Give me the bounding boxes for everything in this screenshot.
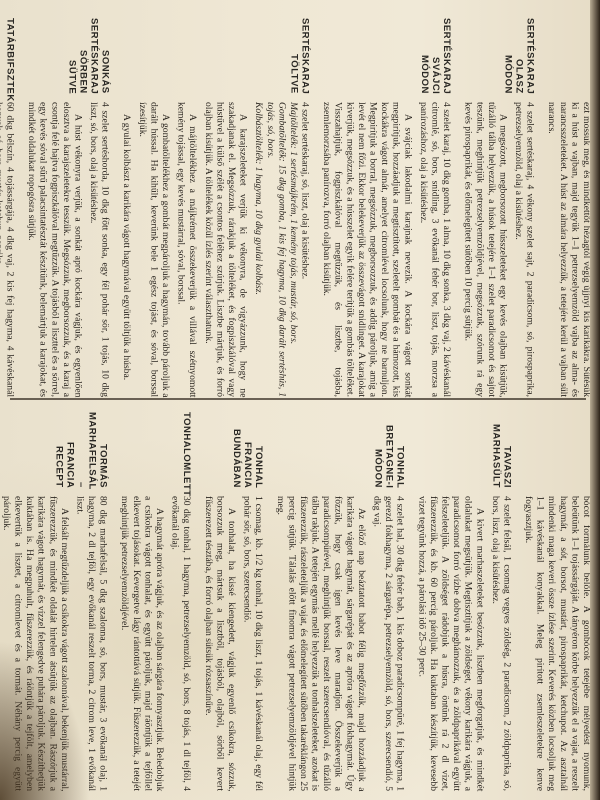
recipe-tonhal-bretagne: TONHAL BRETAGNE-I MÓDON 4 szelet hal, 30… [274,412,406,800]
instructions: A felsált megtűzdeljük a csíkokra vágott… [0,496,70,791]
recipe-title: TAVASZI MARHASÜLT [416,412,513,496]
recipe-title: TONHAL BRETAGNE-I MÓDON [274,412,406,496]
instructions: A gyulai kolbászt a karikára vágott hagy… [121,102,133,397]
page-right: bócot formálunk belőle. A gombócok tetej… [0,402,600,800]
ingredients: 1 csomag, kb. 1/2 kg tonhal, 10 dkg lisz… [241,496,264,791]
recipe-body: 4 szelet sertéskaraj, 4 vékony szelet sa… [462,102,536,397]
instructions: A hagymát apróra vágjuk, és az olajban s… [119,496,165,791]
filling-kolbasz: Kolbásztöltelék: 1 hagyma, 10 dkg gyulai… [253,102,265,397]
instructions: A húst vékonyra verjük, a sonkát apró ko… [25,102,83,397]
recipe-title: SONKÁS SERTÉSKARAJ SÖRBEN SÜTVE [25,18,110,102]
recipe-body: 30 dkg tonhal, 1 hagyma, petrezselyemzöl… [119,496,193,791]
instructions: A karajszeleteket verjük ki vékonyra, de… [202,102,248,397]
continued-text: bócot formálunk belőle. A gombócok tetej… [522,496,592,791]
recipe-tonhal-bundaban: TONHAL FRANCIA BUNDÁBAN 1 csomag, kb. 1/… [202,412,264,800]
recipe-tonhalomlett: TONHALOMLETT 30 dkg tonhal, 1 hagyma, pe… [119,412,193,800]
ingredients: 4 szelet sertéshorda, 10 dkg főtt sonka,… [87,102,110,397]
ingredients: 4 szelet hal, 30 dkg fehér bab, 1 kis do… [371,496,406,791]
recipe-title: TORMÁS MARHAFELSÁL – FRANCIA RECEPT [0,412,108,496]
recipe-title: SERTÉSKARAJ OLASZ MÓDON [462,18,536,102]
recipe-tormas-marhafelsal: TORMÁS MARHAFELSÁL – FRANCIA RECEPT 80 d… [0,412,108,800]
recipe-body: 60 dkg bélszín, 4 tojássárgája, 4 dkg va… [0,102,15,397]
instructions: A svájciak lakodalmi karajnak nevezik. A… [321,102,414,397]
recipe-title: TATÁRBIFSZTEK [0,18,15,102]
ingredients: 4 szelet sertéskaraj, só, liszt, olaj a … [299,102,311,397]
recipe-title: TONHALOMLETT [119,412,193,496]
recipe-sertes-svajci: SERTÉSKARAJ SVÁJCI MÓDON 4 szelet karaj,… [321,18,453,398]
ingredients: 4 szelet sertéskaraj, 4 vékony szelet sa… [512,102,535,397]
book-edge-shadow [590,0,600,800]
recipe-body: 1 csomag, kb. 1/2 kg tonhal, 10 dkg lisz… [202,496,264,791]
recipe-tatarbifsztek: TATÁRBIFSZTEK 60 dkg bélszín, 4 tojássár… [0,18,15,398]
continued-text: ezt mossuk meg, és mindkettőt hézagtól v… [546,102,592,397]
filling-maj: Majtöltelék: 1 sertésmájkrém, 1 kemény t… [287,102,299,397]
instructions: Az előző nap beáztatott babot félig megf… [274,496,367,791]
ingredients: 4 szelet felsál, 1 csomag vegyes zöldség… [489,496,512,791]
recipe-body: 4 szelet sertéshorda, 10 dkg főtt sonka,… [25,102,110,397]
ingredients: 60 dkg bélszín, 4 tojássárgája, 4 dkg va… [0,102,15,397]
instructions: A tonhalat, ha kissé kiengedett, vágjuk … [202,496,237,791]
recipe-tavaszi-marhasult: TAVASZI MARHASÜLT 4 szelet felsál, 1 cso… [416,412,513,800]
filling-gomba: Gombatöltelék: 15 dkg gomba, 1 kis fej h… [264,102,287,397]
recipe-body: 4 szelet sertéskaraj, só, liszt, olaj a … [121,102,311,397]
recipe-title: SERTÉSKARAJ TÖLTVE [121,18,311,102]
page-gutter-line [10,398,586,400]
recipe-sertes-olasz: SERTÉSKARAJ OLASZ MÓDON 4 szelet sertésk… [462,18,536,398]
recipe-sertes-toltve: SERTÉSKARAJ TÖLTVE 4 szelet sertéskaraj,… [121,18,311,398]
recipe-title: SERTÉSKARAJ SVÁJCI MÓDON [321,18,453,102]
instructions: A gombatöltelékhez a gombát megpároljuk … [136,102,171,397]
book-spread: ezt mossuk meg, és mindkettőt hézagtól v… [0,0,600,800]
recipe-sonkas-karaj: SONKÁS SERTÉSKARAJ SÖRBEN SÜTVE 4 szelet… [25,18,110,398]
recipe-body: 80 dkg marhafelsál, 5 dkg szalonna, só, … [0,496,108,791]
instructions: A kivert marhaszeleteket besózzuk, liszt… [416,496,486,791]
recipe-body: 4 szelet felsál, 1 csomag vegyes zöldség… [416,496,513,791]
page-left: ezt mossuk meg, és mindkettőt hézagtól v… [0,0,600,398]
ingredients: 4 szelet karaj, 10 dkg gomba, 1 alma, 10… [417,102,452,397]
ingredients: 80 dkg marhafelsál, 5 dkg szalonna, só, … [74,496,109,791]
recipe-body: 4 szelet hal, 30 dkg fehér bab, 1 kis do… [274,496,406,791]
instructions: A májtöltelékhez a májkrémet összekeverj… [175,102,198,397]
recipe-title: TONHAL FRANCIA BUNDÁBAN [202,412,264,496]
instructions: A megsózott, megborsozott hússzeleteket … [462,102,508,397]
recipe-body: 4 szelet karaj, 10 dkg gomba, 1 alma, 10… [321,102,453,397]
ingredients: 30 dkg tonhal, 1 hagyma, petrezselyemzöl… [169,496,192,791]
